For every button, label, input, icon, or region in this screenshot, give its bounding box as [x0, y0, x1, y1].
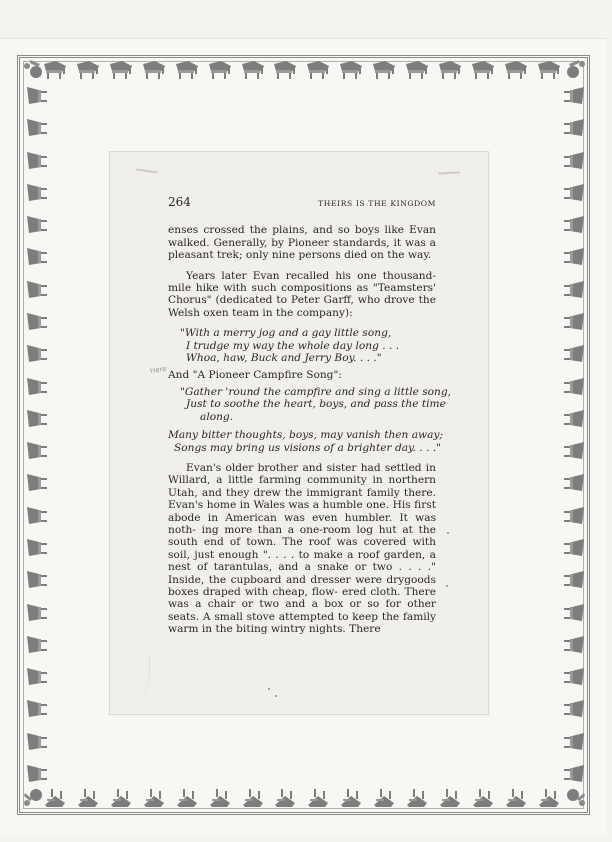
piano-icon [305, 58, 331, 80]
piano-icon [23, 730, 49, 752]
piano-icon [108, 787, 134, 809]
paragraph-1: enses crossed the plains, and so boys li… [168, 224, 436, 261]
speck [268, 688, 270, 690]
piano-icon [23, 536, 49, 558]
piano-icon [240, 787, 266, 809]
piano-icon [371, 787, 397, 809]
piano-icon [23, 116, 49, 138]
piano-icon [562, 342, 588, 364]
piano-icon [23, 245, 49, 267]
paragraph-2: Years later Evan recalled his one thousa… [168, 270, 436, 320]
piano-icon [272, 58, 298, 80]
paragraph-3: Evan's older brother and sister had sett… [168, 462, 436, 636]
piano-icon [503, 787, 529, 809]
piano-icon [23, 697, 49, 719]
piano-icon [23, 762, 49, 784]
piano-icon [23, 278, 49, 300]
piano-icon [23, 568, 49, 590]
border-left-column [24, 84, 48, 784]
page-number: 264 [168, 196, 191, 208]
piano-icon [503, 58, 529, 80]
piano-icon [305, 787, 331, 809]
corner-music-note-icon [565, 787, 587, 809]
verse-campfire-song-2: Many bitter thoughts, boys, may vanish t… [168, 429, 436, 454]
piano-icon [240, 58, 266, 80]
running-title: THEIRS IS THE KINGDOM [318, 198, 436, 210]
piano-icon [23, 665, 49, 687]
piano-icon [23, 213, 49, 235]
piano-icon [42, 787, 68, 809]
piano-icon [23, 375, 49, 397]
piano-icon [562, 762, 588, 784]
piano-icon [23, 84, 49, 106]
piano-icon [404, 787, 430, 809]
piano-icon [23, 181, 49, 203]
speck [447, 532, 449, 534]
piano-icon [23, 601, 49, 623]
piano-icon [562, 568, 588, 590]
piano-icon [23, 310, 49, 332]
corner-music-note-icon [565, 58, 587, 80]
piano-icon [562, 633, 588, 655]
piano-icon [562, 730, 588, 752]
corner-music-note-icon [22, 787, 44, 809]
piano-icon [470, 58, 496, 80]
book-page-text: 264 THEIRS IS THE KINGDOM enses crossed … [168, 196, 436, 636]
piano-icon [562, 116, 588, 138]
piano-icon [562, 471, 588, 493]
piano-icon [174, 787, 200, 809]
piano-icon [562, 697, 588, 719]
border-right-column [563, 84, 587, 784]
piano-icon [562, 181, 588, 203]
piano-icon [23, 149, 49, 171]
piano-icon [437, 787, 463, 809]
running-head: 264 THEIRS IS THE KINGDOM [168, 196, 436, 210]
speck [275, 695, 277, 697]
piano-icon [536, 58, 562, 80]
piano-icon [562, 536, 588, 558]
piano-icon [23, 439, 49, 461]
piano-icon [207, 58, 233, 80]
piano-icon [75, 787, 101, 809]
piano-icon [562, 601, 588, 623]
campfire-song-intro: And "A Pioneer Campfire Song": [168, 369, 436, 381]
verse-campfire-song-1: "Gather 'round the campfire and sing a l… [168, 386, 436, 423]
corner-music-note-icon [22, 58, 44, 80]
piano-icon [562, 278, 588, 300]
speck [446, 585, 448, 587]
piano-icon [562, 375, 588, 397]
piano-icon [470, 787, 496, 809]
piano-icon [562, 149, 588, 171]
piano-icon [141, 787, 167, 809]
piano-icon [437, 58, 463, 80]
piano-icon [562, 245, 588, 267]
border-top-row [42, 57, 562, 81]
piano-icon [404, 58, 430, 80]
piano-icon [42, 58, 68, 80]
piano-icon [338, 787, 364, 809]
verse-teamsters-chorus: "With a merry jog and a gay little song,… [168, 327, 436, 364]
piano-icon [272, 787, 298, 809]
piano-icon [23, 471, 49, 493]
piano-icon [562, 665, 588, 687]
piano-icon [23, 407, 49, 429]
piano-icon [108, 58, 134, 80]
piano-icon [562, 407, 588, 429]
piano-icon [23, 633, 49, 655]
piano-icon [562, 504, 588, 526]
piano-icon [23, 504, 49, 526]
piano-icon [141, 58, 167, 80]
piano-icon [338, 58, 364, 80]
piano-icon [562, 439, 588, 461]
piano-icon [562, 84, 588, 106]
piano-icon [23, 342, 49, 364]
piano-icon [562, 213, 588, 235]
piano-icon [536, 787, 562, 809]
piano-icon [562, 310, 588, 332]
border-bottom-row [42, 786, 562, 810]
piano-icon [174, 58, 200, 80]
piano-icon [207, 787, 233, 809]
piano-icon [75, 58, 101, 80]
piano-icon [371, 58, 397, 80]
